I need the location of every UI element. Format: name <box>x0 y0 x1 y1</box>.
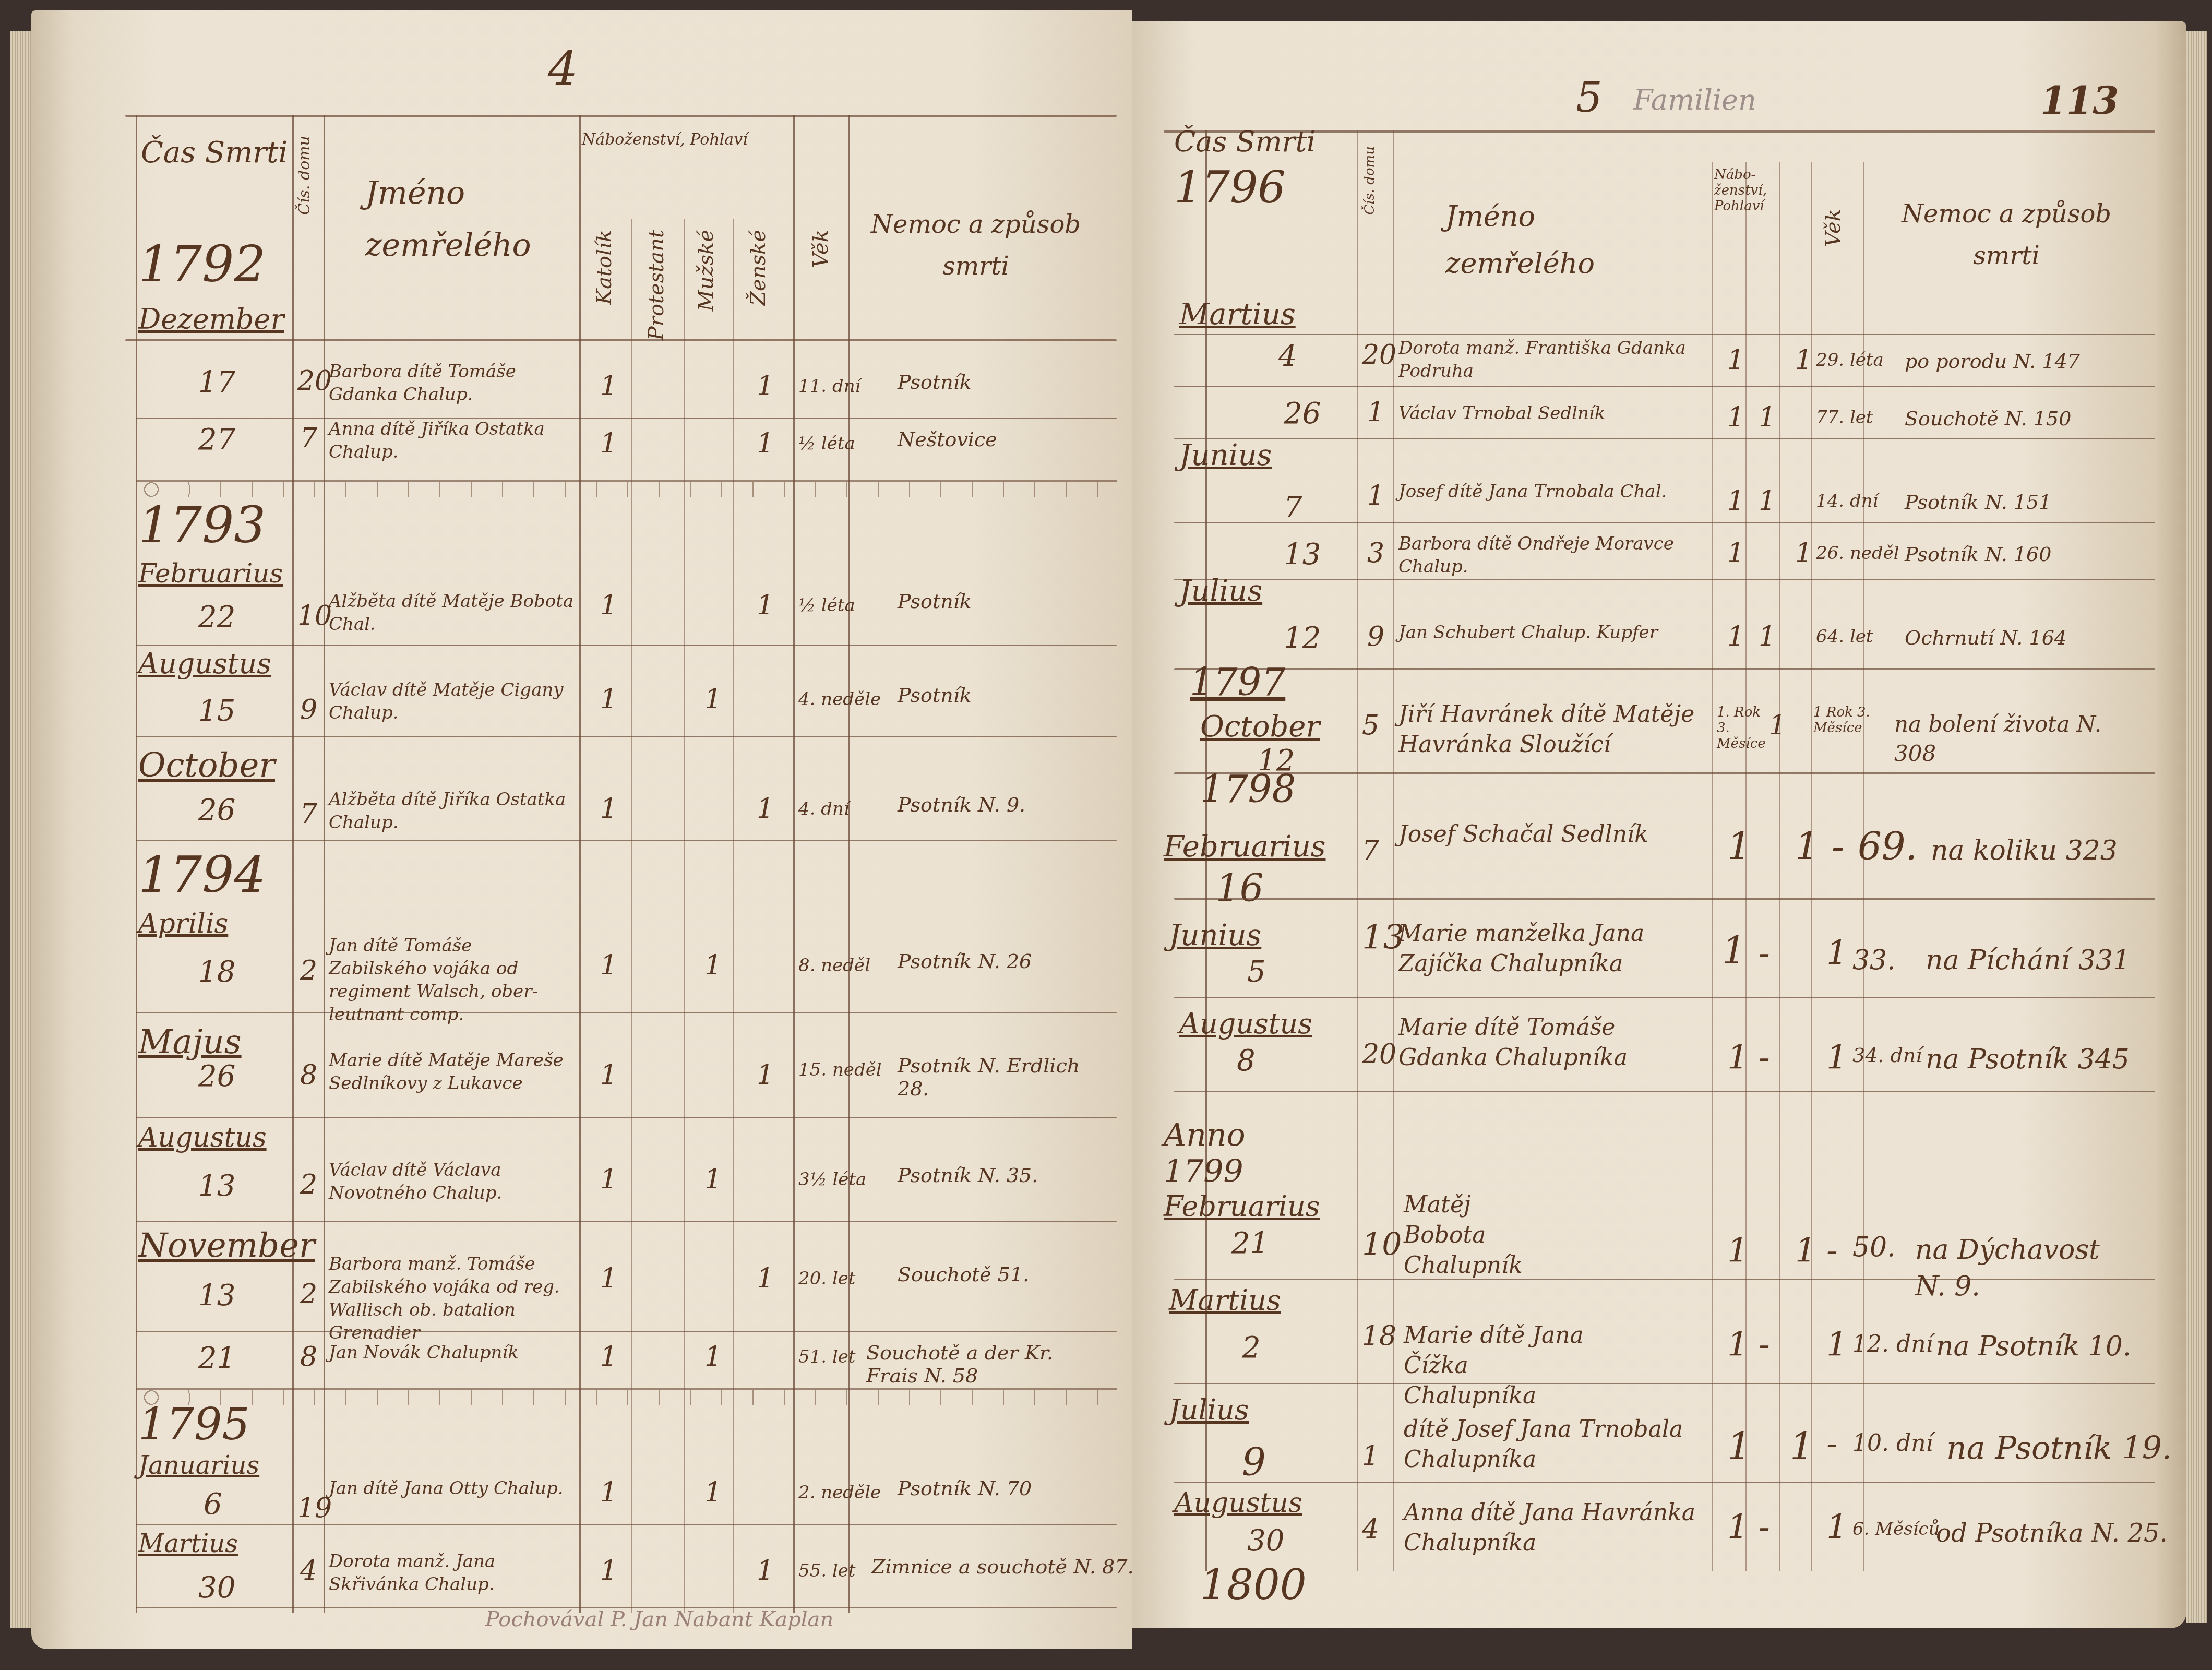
entry-col-3: 1 <box>1826 1508 1848 1547</box>
entry-age: ½ léta <box>798 595 855 616</box>
entry-age: 33. <box>1852 945 1896 976</box>
entry-col-3: 1 <box>1826 1039 1848 1077</box>
entry-col-3: - <box>1832 825 1844 868</box>
page-marker-left: 4 <box>548 42 578 97</box>
row-rule <box>1174 668 2155 670</box>
entry-house: 20 <box>1362 1039 1396 1070</box>
entry-day: 21 <box>198 1341 235 1375</box>
entry-day: 26 <box>198 793 235 827</box>
entry-col-female: 1 <box>757 1263 774 1294</box>
entry-house: 4 <box>1362 1513 1379 1545</box>
entry-col-catholic: 1 <box>600 428 617 459</box>
entry-age: 34. dní <box>1852 1044 1922 1067</box>
entry-name: Dorota manž. Františka Gdanka Podruha <box>1398 337 1701 383</box>
entry-age: 1 Rok 3. Měsíce <box>1813 705 1876 736</box>
entry-cause: Souchotě 51. <box>898 1263 1029 1286</box>
entry-age: 55. let <box>798 1560 856 1581</box>
entry-col-catholic: 1 <box>600 1555 617 1586</box>
entry-cause: na Psotník 345 <box>1926 1044 2130 1075</box>
entry-col-1: 1 <box>1727 1425 1751 1469</box>
entry-name: Josef Schačal Sedlník <box>1398 819 1659 850</box>
entry-col-2: 1 <box>1759 621 1776 652</box>
entry-age: 10. dní <box>1852 1430 1933 1457</box>
entry-age: 77. let <box>1816 407 1873 428</box>
entry-cause: Psotník N. 35. <box>898 1164 1038 1187</box>
row-rule <box>136 1331 1117 1332</box>
entry-col-2: 1 <box>1759 485 1776 517</box>
month-label: Julius <box>1169 1393 1249 1426</box>
entry-name: Marie dítě Jana Čížka Chalupníka <box>1404 1320 1602 1411</box>
entry-col-1: 1 <box>1727 485 1744 517</box>
entry-col-catholic: 1 <box>600 371 617 402</box>
header-cause: Nemoc a způsob smrti <box>866 204 1085 287</box>
row-rule <box>1174 898 2155 900</box>
row-rule <box>136 1012 1117 1013</box>
month-label: Januarius <box>138 1451 259 1480</box>
header-bottom-rule <box>125 339 1117 341</box>
row-rule <box>1174 334 2155 335</box>
entry-age: 4. dní <box>798 798 850 819</box>
entry-day: 13 <box>1284 538 1321 571</box>
month-label: Februarius <box>138 558 283 589</box>
year-divider-ornament <box>136 480 1117 497</box>
entry-house: 1 <box>1367 397 1384 428</box>
entry-col-female: 1 <box>757 590 774 621</box>
entry-col-3: 1 <box>1795 538 1812 569</box>
entry-name: dítě Josef Jana Trnobala Chalupníka <box>1404 1414 1706 1475</box>
entry-age: 2. neděle <box>798 1482 881 1503</box>
entry-house: 8 <box>300 1341 317 1373</box>
row-rule <box>136 736 1117 737</box>
entry-name: Jiří Havránek dítě Matěje Havránka Slouž… <box>1398 699 1701 760</box>
header-age: Věk <box>1821 209 1845 247</box>
entry-col-1: 1 <box>1722 929 1746 973</box>
entry-name: Anna dítě Jiříka Ostatka Chalup. <box>329 417 574 463</box>
col-divider <box>1357 130 1358 1571</box>
month-label: November <box>138 1226 315 1265</box>
year-label: 1795 <box>138 1399 250 1450</box>
entry-house: 10 <box>1362 1226 1402 1263</box>
entry-day: 26 <box>198 1059 235 1093</box>
entry-age: 12. dní <box>1852 1331 1933 1357</box>
entry-house: 8 <box>300 1059 317 1091</box>
month-label: Februarius <box>1164 1190 1320 1223</box>
entry-cause: Neštovice <box>898 428 997 451</box>
year-label: 1792 <box>138 235 266 293</box>
entry-day: 7 <box>1284 491 1302 524</box>
entry-col-female: 1 <box>757 428 774 459</box>
entry-day: 22 <box>198 600 235 634</box>
entry-day: 15 <box>198 694 235 728</box>
entry-cause: Souchotě a der Kr. Frais N. 58 <box>866 1341 1106 1387</box>
row-rule <box>136 1221 1117 1222</box>
entry-name: Alžběta dítě Matěje Bobota Chal. <box>329 590 574 636</box>
row-rule <box>1174 1482 2155 1483</box>
row-rule <box>1174 1091 2155 1092</box>
entry-cause: po porodu N. 147 <box>1905 350 2080 373</box>
entry-cause: Psotník N. Erdlich 28. <box>898 1054 1096 1100</box>
row-rule <box>136 840 1117 841</box>
entry-house: 9 <box>1367 621 1384 652</box>
entry-name: Barbora dítě Tomáše Gdanka Chalup. <box>329 360 574 406</box>
year-label: Anno 1799 <box>1164 1117 1258 1190</box>
month-label: October <box>1200 710 1320 744</box>
entry-col-catholic: 1 <box>600 684 617 715</box>
year-label: 1800 <box>1200 1560 1307 1609</box>
entry-name: Václav dítě Václava Novotného Chalup. <box>329 1159 574 1204</box>
entry-age: 15. neděl <box>798 1059 882 1080</box>
entry-col-male: 1 <box>704 1341 722 1373</box>
entry-col-3: 1 <box>1795 344 1812 376</box>
entry-house: 2 <box>300 1279 317 1310</box>
entry-cause: na koliku 323 <box>1931 835 2118 866</box>
entry-cause: na Píchání 331 <box>1926 945 2130 976</box>
left-page: 4 Čas Smrti Čís. domu Jméno zemřelého Ná… <box>31 10 1132 1649</box>
entry-name: Anna dítě Jana Havránka Chalupníka <box>1404 1498 1696 1558</box>
entry-house: 20 <box>297 365 332 397</box>
entry-day: 9 <box>1242 1440 1266 1484</box>
header-status-group: Náboženství, Pohlaví <box>582 130 748 149</box>
entry-col-3: - <box>1826 1425 1838 1463</box>
month-label: Februarius <box>1164 830 1326 864</box>
entry-house: 5 <box>1362 710 1379 741</box>
entry-name: Jan dítě Jana Otty Chalup. <box>329 1477 574 1500</box>
entry-age: 8. neděl <box>798 955 870 976</box>
header-house: Čís. domu <box>295 136 314 215</box>
entry-house: 7 <box>300 798 317 830</box>
entry-col-2: - <box>1759 934 1770 973</box>
entry-name: Marie dítě Tomáše Gdanka Chalupníka <box>1398 1012 1701 1073</box>
entry-day: 13 <box>198 1169 235 1203</box>
row-rule <box>1174 579 2155 580</box>
entry-house: 3 <box>1367 538 1384 569</box>
month-label: Augustus <box>1174 1487 1302 1519</box>
entry-house: 9 <box>300 694 317 725</box>
col-divider <box>1712 162 1713 1571</box>
entry-age: 64. let <box>1816 626 1873 647</box>
entry-col-female: 1 <box>757 371 774 402</box>
entry-house: 1 <box>1367 480 1384 511</box>
entry-day: 18 <box>198 955 235 989</box>
entry-col-2: 1 <box>1769 710 1786 741</box>
entry-cause: na Psotník 10. <box>1936 1331 2131 1362</box>
entry-col-male: 1 <box>704 684 722 715</box>
entry-house: 19 <box>297 1493 332 1524</box>
header-date: Čas Smrti <box>141 136 288 170</box>
entry-day: 21 <box>1231 1226 1269 1260</box>
entry-house: 10 <box>297 600 332 631</box>
month-label: Aprilis <box>138 908 228 939</box>
entry-col-female: 1 <box>757 1555 774 1586</box>
month-label: Martius <box>1169 1284 1281 1317</box>
entry-col-1: 1 <box>1727 621 1744 652</box>
entry-cause: na Dýchavost N. 9. <box>1915 1232 2134 1305</box>
entry-col-2: - <box>1759 1326 1770 1364</box>
row-rule <box>136 645 1117 646</box>
year-label: 1793 <box>138 496 266 554</box>
page-marker-right: 5 <box>1576 73 1603 122</box>
header-top-rule <box>125 115 1117 117</box>
entry-house: 2 <box>300 1169 317 1200</box>
entry-col-1: 1 <box>1727 1232 1749 1270</box>
header-status-group: Nábo-ženství, Pohlaví <box>1714 167 1808 214</box>
entry-age: 69. <box>1858 825 1918 868</box>
year-label: 1797 <box>1190 660 1285 704</box>
month-label: Augustus <box>1179 1007 1312 1040</box>
header-house: Čís. domu <box>1362 146 1378 215</box>
entry-name: Marie manželka Jana Zajíčka Chalupníka <box>1398 918 1701 979</box>
entry-day: 4 <box>1278 339 1297 373</box>
header-status-female: Ženské <box>746 230 770 306</box>
month-label: Augustus <box>138 1122 267 1153</box>
entry-col-3: - <box>1826 1232 1838 1270</box>
entry-col-1: 1. Rok 3. Měsíce <box>1717 705 1764 751</box>
entry-age: 14. dní <box>1816 491 1878 511</box>
entry-col-catholic: 1 <box>600 950 617 981</box>
entry-name: Marie dítě Matěje Mareše Sedlníkovy z Lu… <box>329 1049 574 1095</box>
entry-col-catholic: 1 <box>600 1059 617 1091</box>
header-name: Jméno zemřelého <box>1445 193 1618 287</box>
entry-cause: od Psotníka N. 25. <box>1936 1519 2168 1548</box>
entry-col-2: 1 <box>1790 1425 1814 1469</box>
entry-cause: Psotník <box>898 684 972 707</box>
header-age: Věk <box>809 230 833 268</box>
entry-col-1: 1 <box>1727 825 1751 868</box>
entry-day: 17 <box>198 365 235 399</box>
entry-col-2: - <box>1759 1039 1770 1077</box>
entry-age: 20. let <box>798 1268 856 1289</box>
entry-day: 30 <box>198 1571 235 1605</box>
entry-day: 27 <box>198 423 235 457</box>
entry-age: 6. Měsíců <box>1852 1519 1940 1540</box>
entry-cause: Psotník <box>898 590 972 613</box>
month-label: Martius <box>1179 297 1296 331</box>
header-cause: Nemoc a způsob smrti <box>1884 193 2129 277</box>
entry-house: 7 <box>1362 835 1379 866</box>
month-label: Majus <box>138 1023 242 1061</box>
pencil-note: Familien <box>1633 83 1756 116</box>
entry-col-2: 1 <box>1795 825 1819 868</box>
entry-age: 11. dní <box>798 376 860 397</box>
row-rule <box>136 1524 1117 1525</box>
month-label: Junius <box>1169 918 1261 952</box>
entry-day: 26 <box>1284 397 1321 431</box>
entry-age: 29. léta <box>1816 350 1884 371</box>
page-edges-right <box>2186 31 2207 1623</box>
month-label: October <box>138 746 275 785</box>
entry-cause: Psotník <box>898 371 972 393</box>
entry-col-catholic: 1 <box>600 590 617 621</box>
entry-col-3: 1 <box>1826 934 1848 973</box>
entry-age: 4. neděle <box>798 689 881 710</box>
month-label: Julius <box>1179 574 1262 608</box>
entry-cause: Souchotě N. 150 <box>1905 407 2071 430</box>
entry-cause: na Psotník 19. <box>1946 1430 2172 1466</box>
entry-col-female: 1 <box>757 1059 774 1091</box>
row-rule <box>136 1117 1117 1118</box>
entry-house: 1 <box>1362 1440 1379 1472</box>
year-label: 1794 <box>138 845 266 904</box>
entry-col-1: 1 <box>1727 402 1744 433</box>
month-label: Dezember <box>138 303 284 336</box>
header-status-catholic: Katolík <box>592 230 616 305</box>
col-divider <box>1779 162 1780 1571</box>
entry-house: 4 <box>300 1555 317 1586</box>
entry-col-catholic: 1 <box>600 1477 617 1508</box>
entry-day: 30 <box>1247 1524 1284 1558</box>
entry-day: 12 <box>1284 621 1321 655</box>
year-label: 1798 <box>1200 767 1296 811</box>
right-page: 5 Familien 113 Čas Smrti 1796 Čís. domu … <box>1132 21 2186 1628</box>
row-rule <box>1174 522 2155 523</box>
folio-number: 113 <box>2040 78 2119 123</box>
header-status-protestant: Protestant <box>644 230 668 340</box>
entry-age: 51. let <box>798 1346 856 1367</box>
entry-name: Matěj Bobota Chalupník <box>1404 1190 1560 1281</box>
entry-house: 2 <box>300 955 317 986</box>
year-divider-ornament <box>136 1388 1117 1405</box>
entry-col-3: 1 <box>1826 1326 1848 1364</box>
entry-day: 6 <box>204 1487 222 1521</box>
header-status-male: Mužské <box>694 230 718 311</box>
entry-cause: Psotník N. 9. <box>898 793 1025 816</box>
entry-col-male: 1 <box>704 1164 722 1195</box>
row-rule <box>1174 772 2155 774</box>
entry-col-2: 1 <box>1759 402 1776 433</box>
entry-cause: Psotník N. 160 <box>1905 543 2051 566</box>
header-name: Jméno zemřelého <box>365 167 553 271</box>
entry-col-2: 1 <box>1795 1232 1816 1270</box>
entry-cause: Psotník N. 151 <box>1905 491 2051 514</box>
entry-name: Václav dítě Matěje Cigany Chalup. <box>329 678 574 724</box>
entry-col-1: 1 <box>1727 538 1744 569</box>
entry-age: ½ léta <box>798 433 855 454</box>
entry-col-catholic: 1 <box>600 793 617 825</box>
entry-house: 7 <box>300 423 317 454</box>
entry-col-catholic: 1 <box>600 1263 617 1294</box>
entry-col-1: 1 <box>1727 1039 1749 1077</box>
row-rule <box>136 417 1117 419</box>
entry-name: Dorota manž. Jana Skřivánka Chalup. <box>329 1550 574 1596</box>
header-date: Čas Smrti <box>1174 125 1316 158</box>
row-rule <box>1174 997 2155 998</box>
year-label: 1796 <box>1174 162 1286 213</box>
entry-col-catholic: 1 <box>600 1341 617 1373</box>
entry-day: 2 <box>1242 1331 1261 1365</box>
entry-cause: na bolení života N. 308 <box>1894 710 2113 768</box>
month-label: Augustus <box>138 647 271 680</box>
row-rule <box>1174 438 2155 439</box>
entry-cause: Zimnice a souchotě N. 87. <box>871 1555 1134 1578</box>
entry-col-female: 1 <box>757 793 774 825</box>
row-rule <box>1174 1279 2155 1280</box>
entry-name: Barbora dítě Ondřeje Moravce Chalup. <box>1398 532 1701 578</box>
entry-day: 8 <box>1237 1044 1256 1078</box>
entry-house: 18 <box>1362 1320 1396 1352</box>
entry-name: Jan Novák Chalupník <box>329 1341 574 1364</box>
footer-note: Pochovával P. Jan Nabant Kaplan <box>485 1607 833 1631</box>
entry-name: Jan Schubert Chalup. Kupfer <box>1398 621 1701 644</box>
entry-col-2: - <box>1759 1508 1770 1547</box>
entry-cause: Psotník N. 26 <box>898 950 1032 973</box>
entry-cause: Ochrnutí N. 164 <box>1905 626 2067 649</box>
entry-day: 16 <box>1216 866 1264 910</box>
entry-col-1: 1 <box>1727 1326 1749 1364</box>
entry-col-male: 1 <box>704 950 722 981</box>
entry-col-1: 1 <box>1727 344 1744 376</box>
entry-col-male: 1 <box>704 1477 722 1508</box>
entry-age: 3½ léta <box>798 1169 866 1190</box>
row-rule <box>1174 1383 2155 1384</box>
entry-age: 26. neděl <box>1816 543 1899 564</box>
entry-cause: Psotník N. 70 <box>898 1477 1032 1500</box>
entry-day: 13 <box>198 1279 235 1313</box>
entry-col-catholic: 1 <box>600 1164 617 1195</box>
entry-col-1: 1 <box>1727 1508 1749 1547</box>
entry-name: Václav Trnobal Sedlník <box>1398 402 1701 425</box>
entry-age: 50. <box>1852 1232 1896 1263</box>
entry-name: Alžběta dítě Jiříka Ostatka Chalup. <box>329 788 574 834</box>
month-label: Martius <box>138 1529 238 1558</box>
entry-day: 5 <box>1247 955 1266 989</box>
entry-house: 20 <box>1362 339 1396 371</box>
row-rule <box>1174 386 2155 387</box>
month-label: Junius <box>1179 438 1272 472</box>
entry-name: Josef dítě Jana Trnobala Chal. <box>1398 480 1701 503</box>
